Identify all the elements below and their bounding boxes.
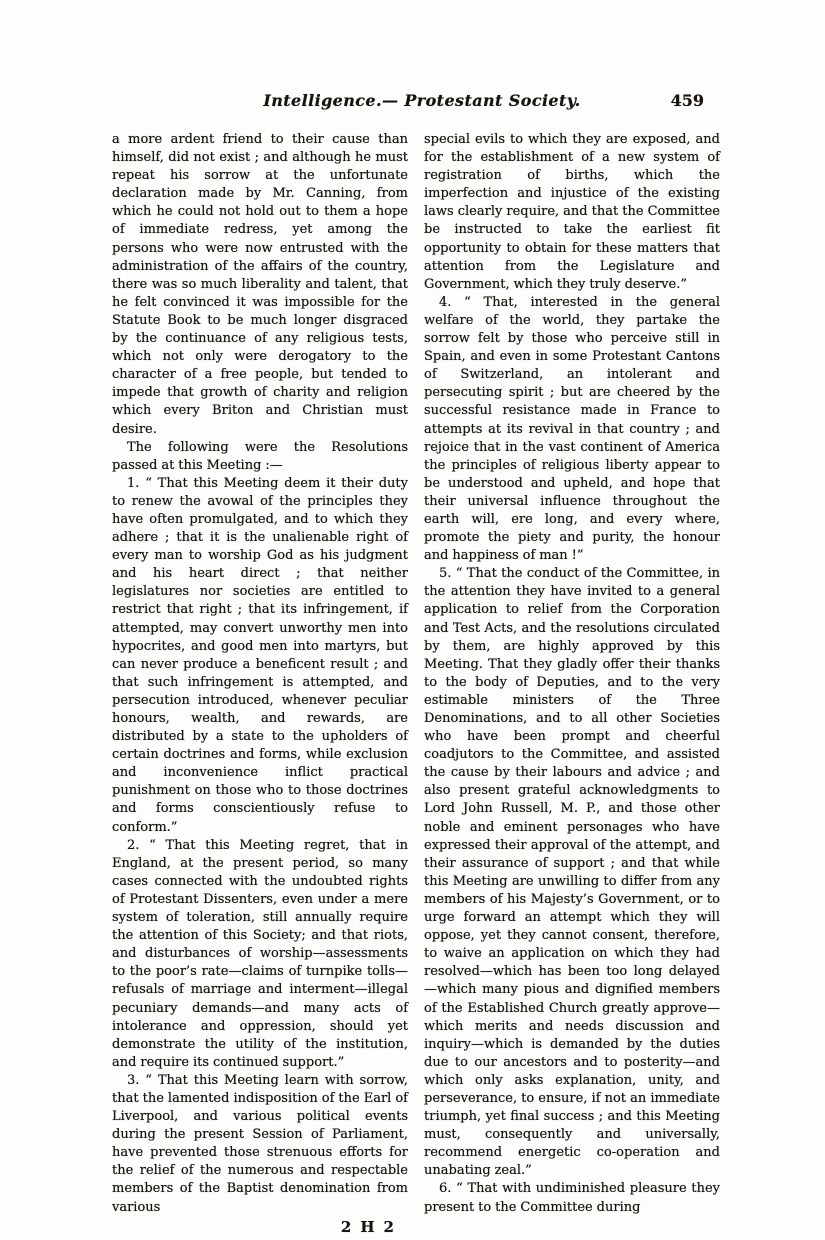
running-title: Intelligence.— Protestant Society. bbox=[118, 91, 726, 110]
document-page: Intelligence.— Protestant Society. 459 a… bbox=[0, 0, 825, 1240]
right-column: special evils to which they are exposed,… bbox=[424, 131, 720, 1236]
paragraph-resolution-5: 5. “ That the conduct of the Committee, … bbox=[424, 565, 720, 1180]
paragraph-resolution-1: 1. “ That this Meeting deem it their dut… bbox=[112, 475, 408, 837]
paragraph-resolution-2: 2. “ That this Meeting regret, that in E… bbox=[112, 837, 408, 1072]
paragraph-resolution-6: 6. “ That with undiminished pleasure the… bbox=[424, 1180, 720, 1216]
paragraph-continuation: special evils to which they are exposed,… bbox=[424, 131, 720, 294]
paragraph-resolution-4: 4. “ That, interested in the general wel… bbox=[424, 294, 720, 565]
page-header: Intelligence.— Protestant Society. 459 bbox=[112, 91, 720, 115]
signature-mark: 2 H 2 bbox=[112, 1218, 408, 1236]
paragraph-resolutions-intro: The following were the Resolutions passe… bbox=[112, 439, 408, 475]
left-column: a more ardent friend to their cause than… bbox=[112, 131, 408, 1236]
text-columns: a more ardent friend to their cause than… bbox=[112, 131, 720, 1236]
paragraph-continuation: a more ardent friend to their cause than… bbox=[112, 131, 408, 439]
page-number: 459 bbox=[671, 91, 704, 110]
paragraph-resolution-3: 3. “ That this Meeting learn with sorrow… bbox=[112, 1072, 408, 1217]
